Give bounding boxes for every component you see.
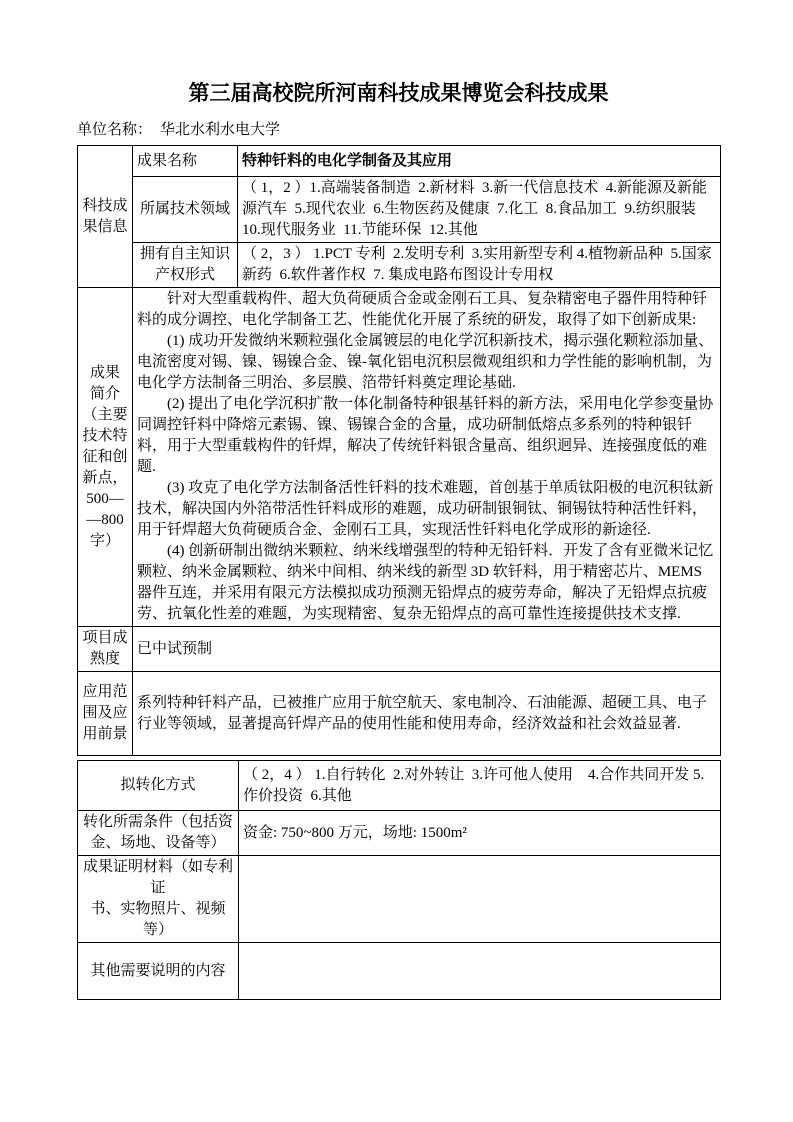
conditions-label: 转化所需条件（包括资 金、场地、设备等） bbox=[78, 811, 239, 856]
table-row: 转化所需条件（包括资 金、场地、设备等） 资金: 750~800 万元，场地: … bbox=[78, 811, 721, 856]
tech-field-options: （ 1，2 ）1.高端装备制造 2.新材料 3.新一代信息技术 4.新能源及新能… bbox=[238, 177, 721, 243]
unit-line: 单位名称：华北水利水电大学 bbox=[77, 120, 720, 140]
table-row: 成果 简介 （主要 技术特 征和创 新点， 500— —800 字） 针对大型重… bbox=[78, 288, 721, 627]
document-page: 第三届高校院所河南科技成果博览会科技成果 单位名称：华北水利水电大学 科技成 果… bbox=[0, 0, 793, 1122]
ip-form-options: （ 2，3 ） 1.PCT 专利 2.发明专利 3.实用新型专利 4.植物新品种… bbox=[238, 243, 721, 288]
summary-content: 针对大型重载构件、超大负荷硬质合金或金刚石工具、复杂精密电子器件用特种钎料的成分… bbox=[133, 288, 721, 627]
maturity-label: 项目成 熟度 bbox=[78, 627, 133, 672]
table-row: 拟转化方式 （ 2，4 ） 1.自行转化 2.对外转让 3.许可他人使用 4.合… bbox=[78, 761, 721, 811]
table-row: 成果证明材料（如专利证 书、实物照片、视频等） bbox=[78, 856, 721, 943]
table-row: 科技成 果信息 成果名称 特种钎料的电化学制备及其应用 bbox=[78, 146, 721, 177]
result-name-label: 成果名称 bbox=[133, 146, 238, 177]
summary-paragraph: (4) 创新研制出微纳米颗粒、纳米线增强型的特种无铅钎料．开发了含有亚微米记忆颗… bbox=[137, 541, 716, 625]
summary-paragraph: (1) 成功开发微纳米颗粒强化金属镀层的电化学沉积新技术，揭示强化颗粒添加量、电… bbox=[137, 331, 716, 394]
summary-paragraph: (3) 攻克了电化学方法制备活性钎料的技术难题，首创基于单质钛阳极的电沉积钛新技… bbox=[137, 478, 716, 541]
other-notes-label: 其他需要说明的内容 bbox=[78, 943, 239, 1000]
info-group-label: 科技成 果信息 bbox=[78, 146, 133, 288]
result-name-value: 特种钎料的电化学制备及其应用 bbox=[238, 146, 721, 177]
achievement-info-table: 科技成 果信息 成果名称 特种钎料的电化学制备及其应用 所属技术领域 （ 1，2… bbox=[77, 145, 721, 756]
summary-paragraph: 针对大型重载构件、超大负荷硬质合金或金刚石工具、复杂精密电子器件用特种钎料的成分… bbox=[137, 289, 716, 331]
application-value: 系列特种钎料产品，已被推广应用于航空航天、家电制冷、石油能源、超硬工具、电子行业… bbox=[133, 672, 721, 756]
table-row: 应用范 围及应 用前景 系列特种钎料产品，已被推广应用于航空航天、家电制冷、石油… bbox=[78, 672, 721, 756]
page-title: 第三届高校院所河南科技成果博览会科技成果 bbox=[77, 80, 720, 106]
other-notes-value bbox=[239, 943, 721, 1000]
unit-name: 华北水利水电大学 bbox=[160, 122, 280, 138]
table-row: 其他需要说明的内容 bbox=[78, 943, 721, 1000]
evidence-label: 成果证明材料（如专利证 书、实物照片、视频等） bbox=[78, 856, 239, 943]
unit-label: 单位名称： bbox=[77, 122, 152, 138]
conditions-value: 资金: 750~800 万元，场地: 1500m² bbox=[239, 811, 721, 856]
table-row: 拥有自主知识 产权形式 （ 2，3 ） 1.PCT 专利 2.发明专利 3.实用… bbox=[78, 243, 721, 288]
evidence-value bbox=[239, 856, 721, 943]
transfer-table: 拟转化方式 （ 2，4 ） 1.自行转化 2.对外转让 3.许可他人使用 4.合… bbox=[77, 760, 721, 1000]
tech-field-label: 所属技术领域 bbox=[133, 177, 238, 243]
transfer-method-label: 拟转化方式 bbox=[78, 761, 239, 811]
application-label: 应用范 围及应 用前景 bbox=[78, 672, 133, 756]
table-row: 所属技术领域 （ 1，2 ）1.高端装备制造 2.新材料 3.新一代信息技术 4… bbox=[78, 177, 721, 243]
maturity-value: 已中试预制 bbox=[133, 627, 721, 672]
transfer-method-options: （ 2，4 ） 1.自行转化 2.对外转让 3.许可他人使用 4.合作共同开发 … bbox=[239, 761, 721, 811]
table-row: 项目成 熟度 已中试预制 bbox=[78, 627, 721, 672]
summary-label: 成果 简介 （主要 技术特 征和创 新点， 500— —800 字） bbox=[78, 288, 133, 627]
summary-paragraph: (2) 提出了电化学沉积扩散一体化制备特种银基钎料的新方法，采用电化学参变量协同… bbox=[137, 394, 716, 478]
ip-form-label: 拥有自主知识 产权形式 bbox=[133, 243, 238, 288]
